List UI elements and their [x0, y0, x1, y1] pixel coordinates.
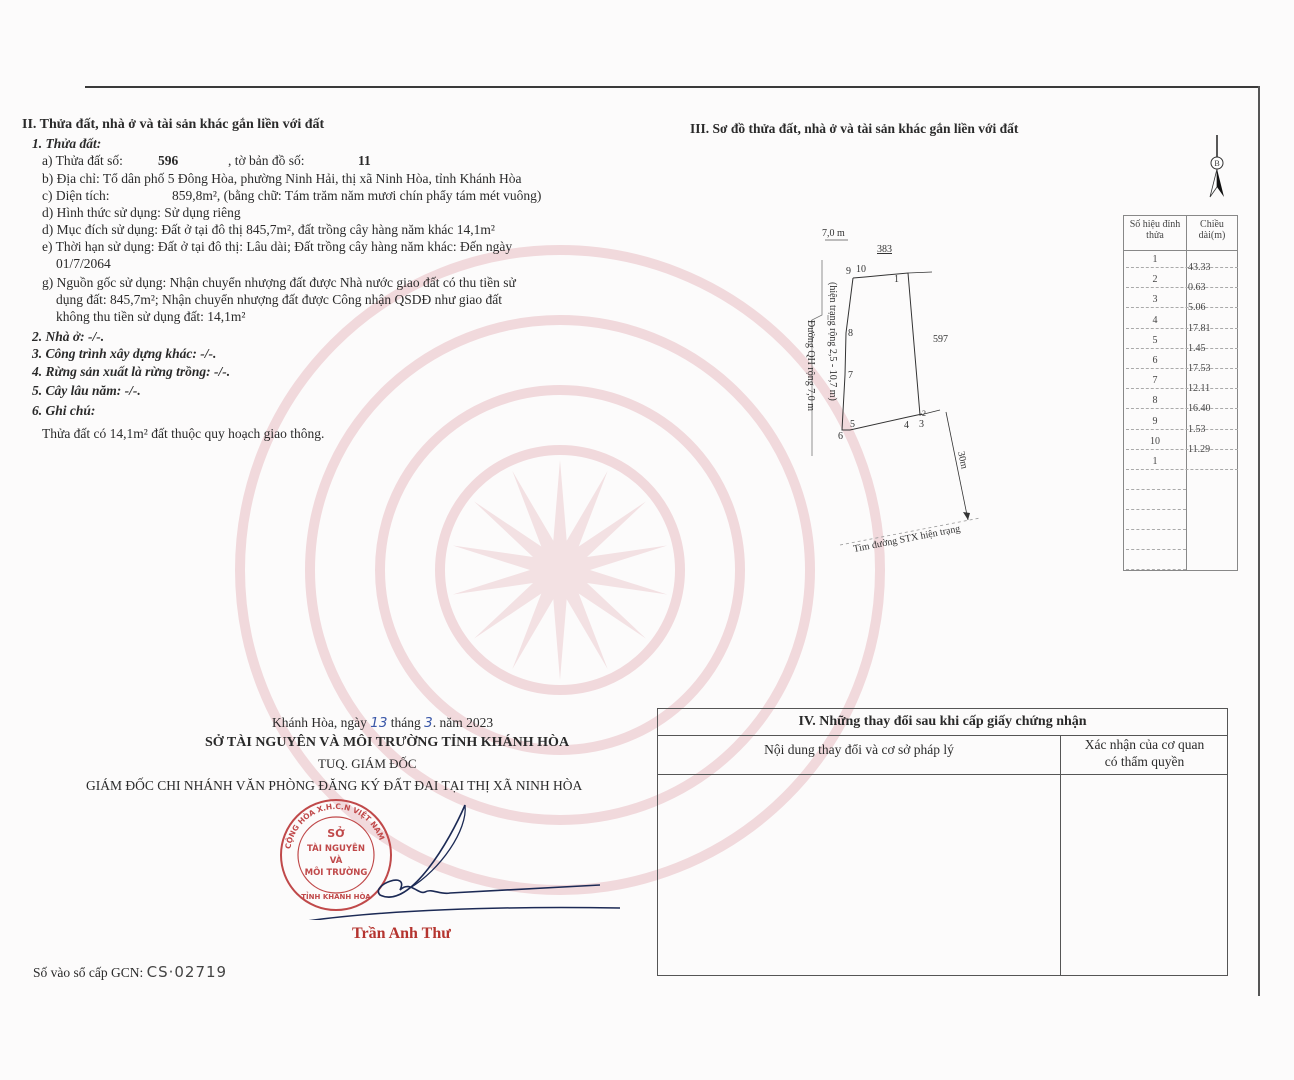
col-change-content: Nội dung thay đổi và cơ sở pháp lý [658, 736, 1060, 775]
vertex-id: 10 [1124, 436, 1186, 447]
edge-length: 43.33 [1188, 262, 1238, 273]
neighbor-east: 597 [933, 334, 948, 345]
vertex-id: 6 [1124, 355, 1186, 366]
section4-title: IV. Những thay đổi sau khi cấp giấy chứn… [658, 709, 1227, 736]
vertex-id: 3 [1124, 294, 1186, 305]
map-sheet-label: , tờ bản đồ số: [228, 153, 305, 169]
land-heading: 1. Thửa đất: [32, 136, 101, 152]
other-construction: 3. Công trình xây dựng khác: -/-. [32, 346, 216, 362]
col-vertex: Số hiệu đỉnh thửa [1124, 219, 1186, 241]
vertex-id: 7 [1124, 375, 1186, 386]
address: b) Địa chỉ: Tổ dân phố 5 Đông Hòa, phườn… [42, 171, 522, 187]
edge-length: 12.11 [1188, 383, 1238, 394]
map-sheet-number: 11 [358, 153, 371, 169]
svg-text:8: 8 [848, 328, 853, 339]
origin-line1: g) Nguồn gốc sử dụng: Nhận chuyển nhượng… [42, 275, 516, 291]
on-behalf: TUQ. GIÁM ĐỐC [318, 756, 417, 772]
changes-table: IV. Những thay đổi sau khi cấp giấy chứn… [657, 708, 1228, 976]
road-width-top: 7,0 m [822, 228, 845, 239]
parcel-label: a) Thửa đất số: [42, 153, 123, 169]
svg-text:1: 1 [894, 274, 899, 285]
svg-text:6: 6 [838, 431, 843, 442]
edge-length: 17.53 [1188, 363, 1238, 374]
registry: Số vào sổ cấp GCN: CS·02719 [33, 963, 227, 981]
signature [300, 800, 630, 920]
usage-term: e) Thời hạn sử dụng: Đất ở tại đô thị: L… [42, 239, 512, 255]
svg-text:3: 3 [919, 419, 924, 430]
issue-month: 3 [424, 715, 433, 731]
vertex-id: 5 [1124, 335, 1186, 346]
production-forest: 4. Rừng sản xuất là rừng trồng: -/-. [32, 364, 230, 380]
svg-text:10: 10 [856, 264, 866, 275]
vertex-id: 1 [1124, 456, 1186, 467]
usage-term-date: 01/7/2064 [56, 256, 111, 272]
vertex-id: 1 [1124, 254, 1186, 265]
registry-number: CS·02719 [147, 963, 227, 981]
north-arrow-icon: B [1205, 135, 1229, 200]
usage-form: d) Hình thức sử dụng: Sử dụng riêng [42, 205, 241, 221]
vertex-length-table: Số hiệu đỉnh thửa Chiều dài(m) 143.3320.… [1123, 215, 1238, 571]
house: 2. Nhà ở: -/-. [32, 329, 104, 345]
origin-line3: không thu tiền sử dụng đất: 14,1m² [56, 309, 245, 325]
vertex-id: 9 [1124, 416, 1186, 427]
svg-text:2: 2 [922, 409, 926, 418]
section3-title: III. Sơ đồ thửa đất, nhà ở và tài sản kh… [690, 121, 1018, 137]
parcel-number: 596 [158, 153, 178, 169]
svg-text:5: 5 [850, 419, 855, 430]
usage-purpose: d) Mục đích sử dụng: Đất ở tại đô thị 84… [42, 222, 495, 238]
edge-length: 16.40 [1188, 403, 1238, 414]
parcel-map: 7,0 m 383 597 9 10 1 2 3 4 5 6 7 8 (hiện… [800, 220, 1000, 560]
edge-length: 11.29 [1188, 444, 1238, 455]
col-length: Chiều dài(m) [1187, 219, 1237, 241]
area-label: c) Diện tích: [42, 188, 109, 204]
north-label: B [1214, 159, 1219, 168]
signer-name: Trần Anh Thư [352, 925, 451, 943]
notes-heading: 6. Ghi chú: [32, 403, 95, 419]
vertex-id: 4 [1124, 315, 1186, 326]
section2-title: II. Thửa đất, nhà ở và tài sản khác gắn … [22, 117, 324, 133]
svg-text:7: 7 [848, 370, 853, 381]
svg-text:9: 9 [846, 266, 851, 277]
edge-length: 5.06 [1188, 302, 1238, 313]
issue-day: 13 [370, 715, 387, 731]
road-current-label: (hiện trạng rộng 2,5 - 10,7 m) [827, 282, 838, 401]
edge-length: 1.45 [1188, 343, 1238, 354]
registry-label: Số vào sổ cấp GCN: [33, 965, 143, 980]
certificate-page: II. Thửa đất, nhà ở và tài sản khác gắn … [0, 0, 1294, 1080]
area-value: 859,8m², (bằng chữ: Tám trăm năm mươi ch… [172, 188, 541, 204]
notes-text: Thửa đất có 14,1m² đất thuộc quy hoạch g… [42, 426, 324, 442]
neighbor-north: 383 [877, 244, 892, 255]
vertex-id: 8 [1124, 395, 1186, 406]
origin-line2: dụng đất: 845,7m²; Nhận chuyển nhượng đấ… [56, 292, 502, 308]
road-planned-label: Đường QH rộng 7,0 m [805, 320, 816, 411]
department: SỞ TÀI NGUYÊN VÀ MÔI TRƯỜNG TỈNH KHÁNH H… [205, 735, 569, 751]
edge-length: 17.81 [1188, 323, 1238, 334]
issue-date: Khánh Hòa, ngày 13 tháng 3. năm 2023 [272, 715, 493, 731]
perennial-trees: 5. Cây lâu năm: -/-. [32, 383, 141, 399]
position: GIÁM ĐỐC CHI NHÁNH VĂN PHÒNG ĐĂNG KÝ ĐẤT… [86, 778, 582, 794]
edge-length: 0.63 [1188, 282, 1238, 293]
vertex-id: 2 [1124, 274, 1186, 285]
road-center-label: Tim đường STX hiện trạng [852, 523, 961, 555]
right-border [1258, 86, 1260, 996]
edge-length: 1.53 [1188, 424, 1238, 435]
top-border [85, 86, 1260, 88]
col-authority-confirmation: Xác nhận của cơ quan có thẩm quyền [1060, 736, 1228, 775]
svg-text:4: 4 [904, 420, 909, 431]
